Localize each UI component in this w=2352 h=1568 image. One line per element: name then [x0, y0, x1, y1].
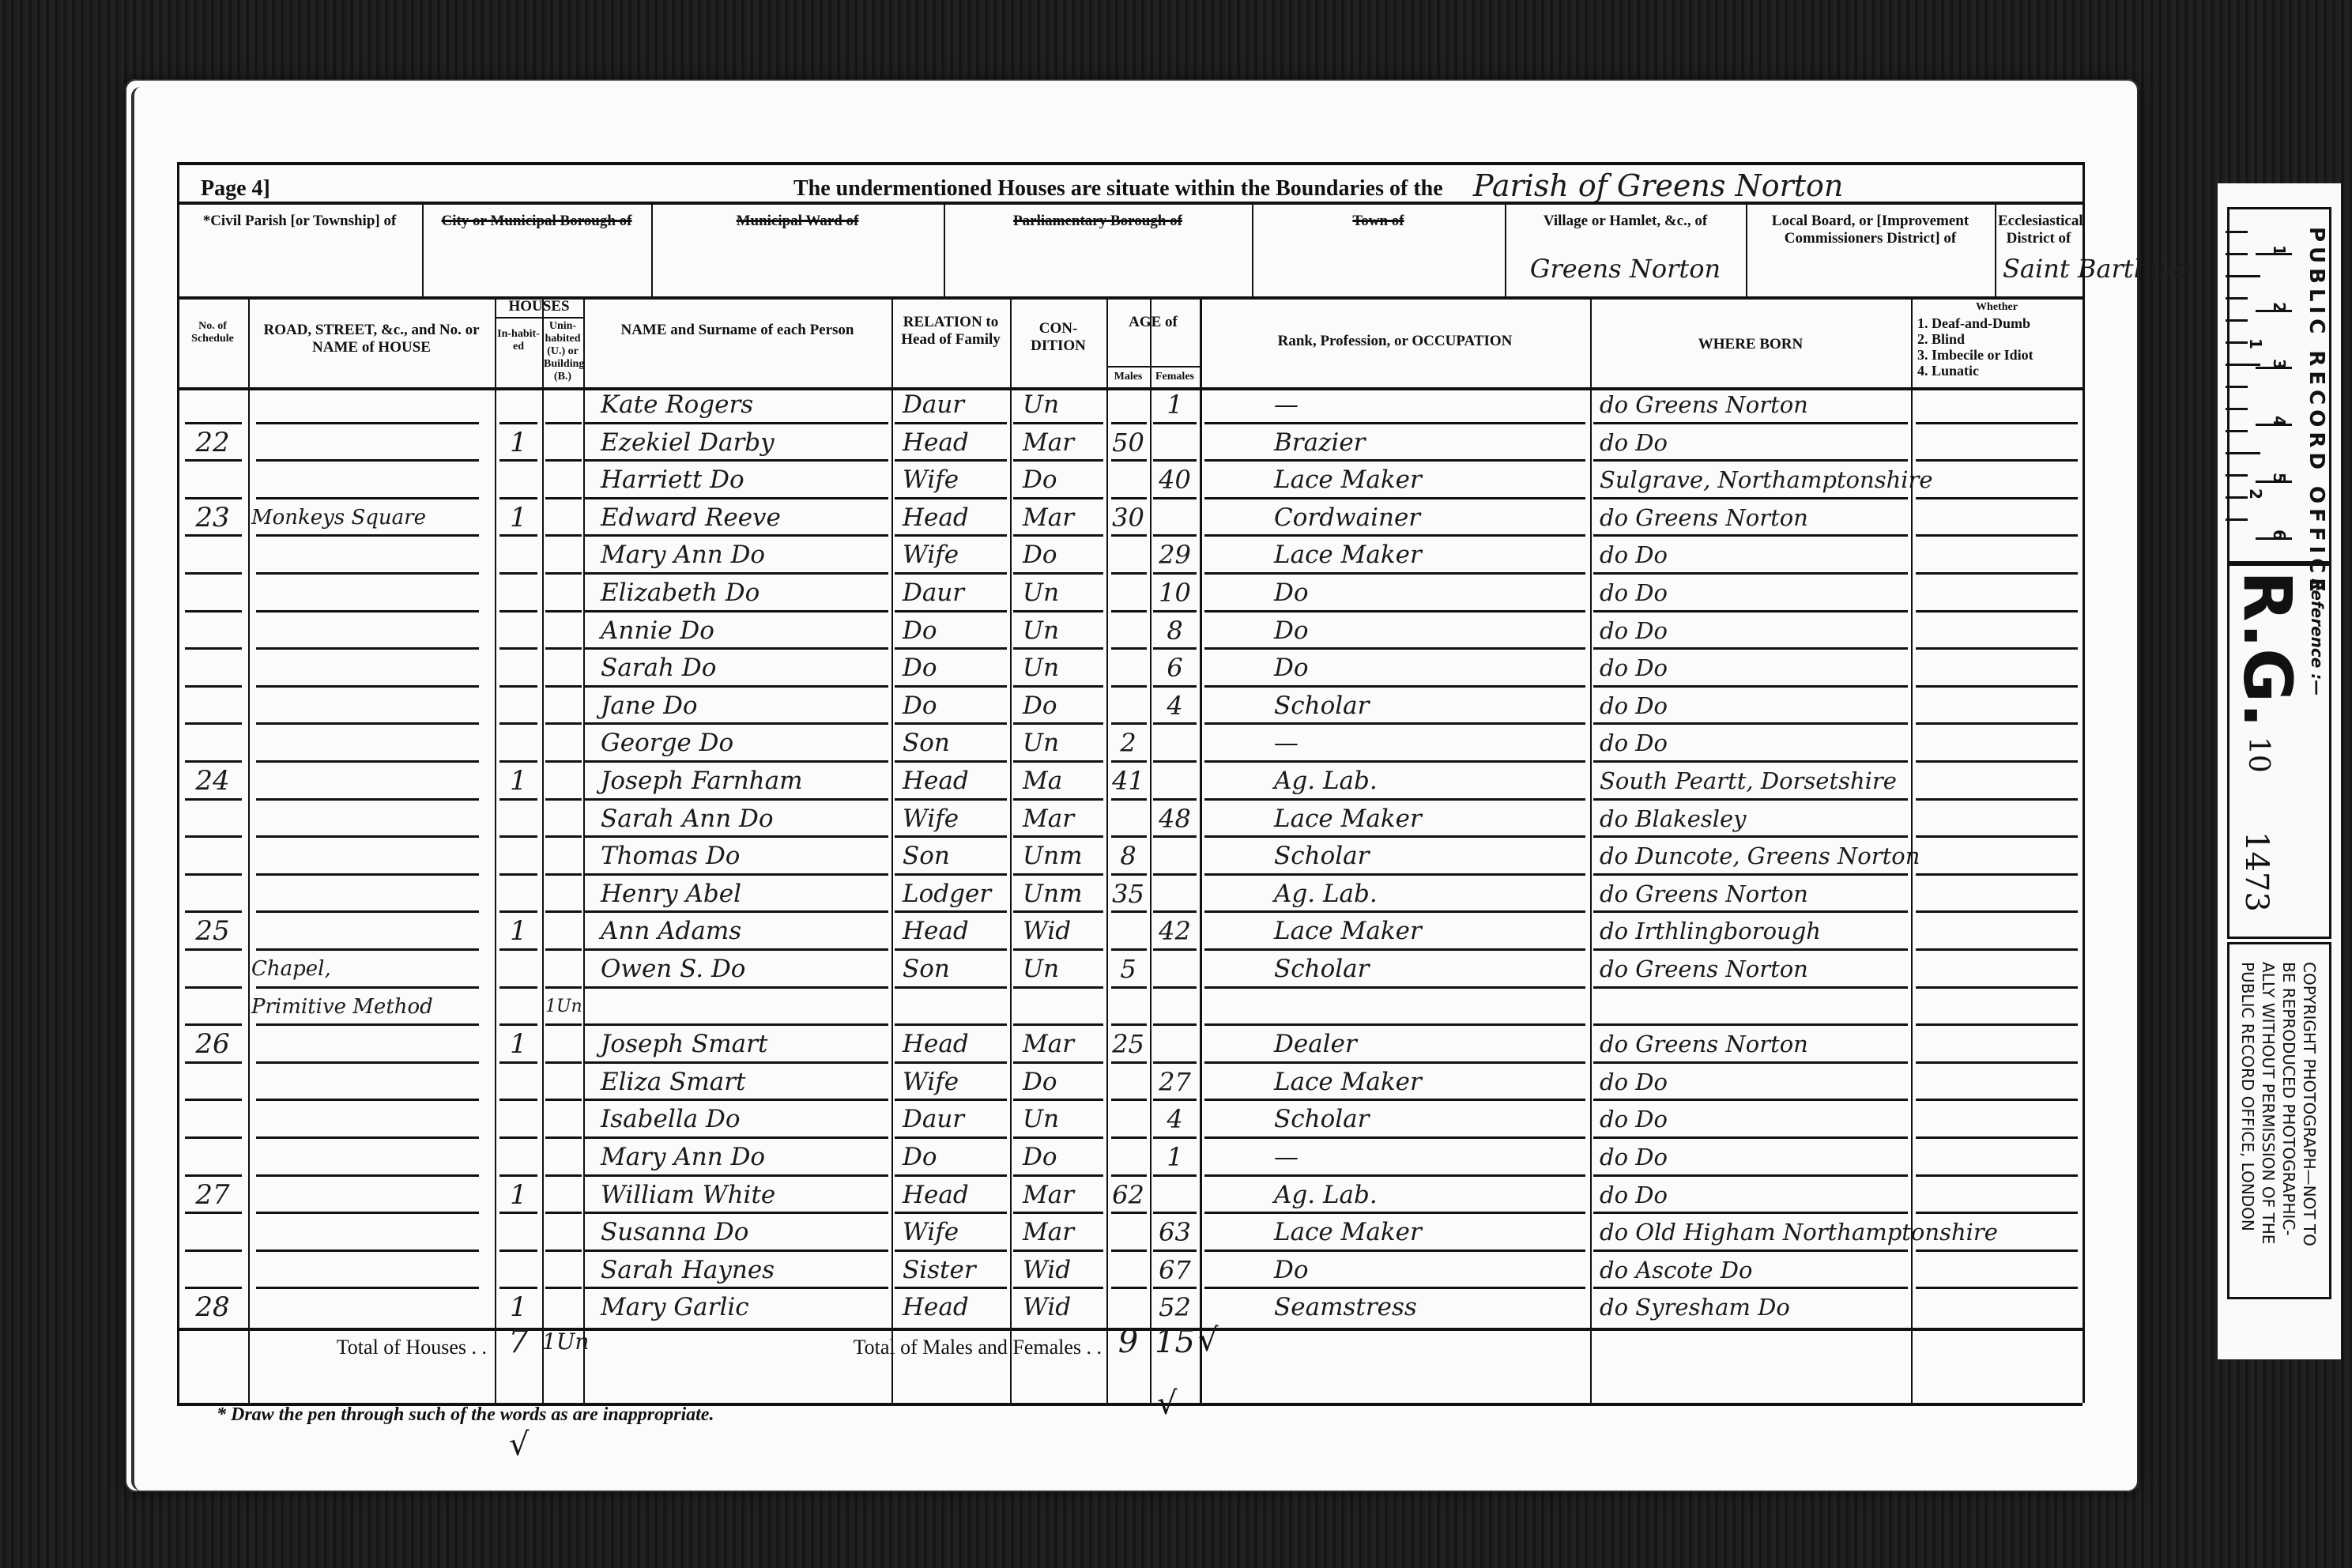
inhabited-count	[498, 537, 539, 575]
row-rule	[1013, 1061, 1103, 1064]
rule-line	[177, 387, 2082, 390]
inch-label: 2	[2246, 488, 2265, 499]
row-rule	[256, 986, 479, 989]
person-name: Sarah Haynes	[586, 1253, 903, 1290]
row-rule	[1111, 1136, 1147, 1139]
inhabited-count: 1	[498, 763, 539, 801]
row-rule	[256, 948, 479, 951]
row-rule	[1916, 1287, 2078, 1289]
row-rule	[1916, 1061, 2078, 1064]
marital-condition: Un	[1013, 575, 1113, 612]
female-age	[1153, 425, 1197, 462]
row-rule	[256, 685, 479, 688]
male-age	[1110, 688, 1147, 726]
row-rule	[1204, 760, 1585, 763]
row-rule	[1204, 1061, 1585, 1064]
row-rule	[895, 948, 1007, 951]
row-rule	[1013, 422, 1103, 424]
road-name	[251, 462, 492, 499]
person-name: Ezekiel Darby	[586, 425, 903, 462]
row-rule	[895, 1174, 1007, 1177]
inhabited-count: 1	[498, 425, 539, 462]
row-rule	[585, 685, 888, 688]
row-rule	[1153, 1212, 1197, 1214]
row-rule	[256, 910, 479, 913]
row-rule	[1153, 459, 1197, 462]
inhabited-count	[498, 613, 539, 650]
female-age: 6	[1153, 650, 1197, 688]
row-rule	[185, 572, 242, 575]
relation-to-head: Wife	[895, 801, 1015, 839]
infirmity	[1914, 688, 2079, 726]
marital-condition: Do	[1013, 688, 1113, 726]
row-rule	[256, 647, 479, 650]
uninhabited-count: 1Un	[545, 989, 580, 1027]
person-name	[586, 989, 903, 1027]
relation-to-head: Sister	[895, 1253, 1015, 1290]
row-rule	[1111, 685, 1147, 688]
birthplace: do Greens Norton	[1593, 1027, 1914, 1064]
male-age	[1110, 801, 1147, 839]
female-age	[1153, 876, 1197, 914]
row-rule	[256, 572, 479, 575]
person-name: Harriett Do	[586, 462, 903, 499]
row-rule	[895, 873, 1007, 876]
marital-condition: Mar	[1013, 1178, 1113, 1215]
row-rule	[499, 497, 537, 499]
female-age: 8	[1153, 613, 1197, 650]
person-name: Sarah Do	[586, 650, 903, 688]
female-age: 67	[1153, 1253, 1197, 1290]
ruler-tick	[2226, 253, 2248, 255]
row-rule	[1013, 572, 1103, 575]
birthplace: do Do	[1593, 425, 1914, 462]
table-row: Isabella DoDaurUn4Scholardo Do	[177, 1102, 2082, 1140]
row-rule	[1153, 1174, 1197, 1177]
table-row: Mary Ann DoDoDo1—do Do	[177, 1140, 2082, 1178]
row-rule	[1013, 1287, 1103, 1289]
row-rule	[185, 497, 242, 499]
uninhabited-count	[545, 876, 580, 914]
cm-label: 3	[2270, 359, 2289, 370]
marital-condition: Unm	[1013, 839, 1113, 876]
infirmity	[1914, 914, 2079, 951]
road-name: Primitive Method	[251, 989, 492, 1027]
cm-label: 5	[2270, 473, 2289, 484]
page-number: Page 4]	[201, 176, 270, 202]
row-rule	[1916, 948, 2078, 951]
row-rule	[256, 1023, 479, 1026]
person-name: Sarah Ann Do	[586, 801, 903, 839]
copyright-line: PUBLIC RECORD OFFICE, LONDON	[2238, 962, 2257, 1231]
male-age: 8	[1110, 839, 1147, 876]
row-rule	[1013, 948, 1103, 951]
birthplace: do Do	[1593, 575, 1914, 612]
ruler-tick	[2226, 231, 2248, 233]
marital-condition: Do	[1013, 1065, 1113, 1102]
infirmity	[1914, 425, 2079, 462]
row-rule	[499, 1212, 537, 1214]
row-rule	[185, 873, 242, 876]
row-rule	[1593, 610, 1908, 612]
row-rule	[499, 986, 537, 989]
row-rule	[1916, 1174, 2078, 1177]
marital-condition: Mar	[1013, 500, 1113, 537]
row-rule	[1013, 798, 1103, 801]
column-rule	[1995, 202, 1996, 296]
schedule-number	[180, 1102, 245, 1139]
row-rule	[585, 835, 888, 838]
header-males: Males	[1108, 371, 1148, 383]
table-row: Eliza SmartWifeDo27Lace Makerdo Do	[177, 1065, 2082, 1102]
row-rule	[585, 1136, 888, 1139]
marital-condition: Do	[1013, 537, 1113, 575]
male-age: 41	[1110, 763, 1147, 801]
row-rule	[1153, 1099, 1197, 1101]
row-rule	[1013, 835, 1103, 838]
row-rule	[256, 422, 479, 424]
reference-label: Reference :—	[2308, 579, 2327, 695]
male-age	[1110, 989, 1147, 1027]
area-header-label: City or Municipal Borough of	[425, 213, 648, 230]
row-rule	[256, 1136, 479, 1139]
area-header-label: Local Board, or [Improvement Commissione…	[1749, 213, 1992, 247]
person-name: Mary Garlic	[586, 1290, 903, 1327]
road-name	[251, 1215, 492, 1252]
copyright-line: BE REPRODUCED PHOTOGRAPHIC-	[2279, 962, 2298, 1236]
birthplace: do Do	[1593, 1140, 1914, 1177]
schedule-number	[180, 650, 245, 688]
infirmity	[1914, 1065, 2079, 1102]
female-age	[1153, 1178, 1197, 1215]
column-rule	[495, 296, 496, 1403]
birthplace: South Peartt, Dorsetshire	[1593, 763, 1914, 801]
row-rule	[256, 459, 479, 462]
row-rule	[1111, 497, 1147, 499]
total-houses-label: Total of Houses . .	[177, 1336, 487, 1359]
row-rule	[1111, 610, 1147, 612]
road-name	[251, 801, 492, 839]
birthplace: do Greens Norton	[1593, 952, 1914, 989]
uninhabited-count	[545, 387, 580, 424]
column-rule	[1590, 296, 1592, 1403]
header-infirmity-option: 3. Imbecile or Idiot	[1917, 347, 2033, 364]
table-row: Kate RogersDaurUn1—do Greens Norton	[177, 387, 2082, 425]
row-rule	[1916, 1136, 2078, 1139]
inhabited-count	[498, 1215, 539, 1252]
total-houses-inhabited: 7	[495, 1324, 542, 1360]
row-rule	[1153, 610, 1197, 612]
row-rule	[1111, 459, 1147, 462]
row-rule	[895, 459, 1007, 462]
marital-condition	[1013, 989, 1113, 1027]
row-rule	[1111, 1212, 1147, 1214]
road-name	[251, 650, 492, 688]
row-rule	[256, 1249, 479, 1252]
header-houses: HOUSES	[495, 298, 583, 315]
road-name: Monkeys Square	[251, 500, 492, 537]
row-rule	[1153, 1287, 1197, 1289]
header-road: ROAD, STREET, &c., and No. or NAME of HO…	[250, 322, 493, 356]
row-rule	[1111, 572, 1147, 575]
person-name: Edward Reeve	[586, 500, 903, 537]
column-rule	[1911, 296, 1913, 1403]
female-age: 63	[1153, 1215, 1197, 1252]
relation-to-head: Daur	[895, 387, 1015, 424]
row-rule	[585, 459, 888, 462]
row-rule	[499, 1249, 537, 1252]
row-rule	[1593, 1174, 1908, 1177]
uninhabited-count	[545, 1102, 580, 1139]
person-name: Jane Do	[586, 688, 903, 726]
row-rule	[585, 1023, 888, 1026]
schedule-number	[180, 989, 245, 1027]
road-name	[251, 876, 492, 914]
column-rule	[1505, 202, 1506, 296]
male-age	[1110, 1065, 1147, 1102]
male-age	[1110, 575, 1147, 612]
schedule-number	[180, 726, 245, 763]
row-rule	[1593, 534, 1908, 537]
area-header-label: Ecclesiastical District of	[1998, 213, 2079, 247]
row-rule	[1916, 1212, 2078, 1214]
row-rule	[1204, 497, 1585, 499]
uninhabited-count	[545, 1027, 580, 1064]
person-name: Annie Do	[586, 613, 903, 650]
birthplace: do Do	[1593, 613, 1914, 650]
male-age: 35	[1110, 876, 1147, 914]
row-rule	[585, 1099, 888, 1101]
schedule-number	[180, 801, 245, 839]
header-relation: RELATION to Head of Family	[893, 314, 1008, 349]
row-rule	[895, 1061, 1007, 1064]
relation-to-head: Son	[895, 839, 1015, 876]
row-rule	[499, 422, 537, 424]
birthplace: do Irthlingborough	[1593, 914, 1914, 951]
male-age: 25	[1110, 1027, 1147, 1064]
birthplace: do Ascote Do	[1593, 1253, 1914, 1290]
row-rule	[1013, 685, 1103, 688]
row-rule	[1111, 1099, 1147, 1101]
row-rule	[1153, 422, 1197, 424]
row-rule	[1916, 760, 2078, 763]
ruler-tick	[2226, 319, 2248, 322]
relation-to-head: Head	[895, 763, 1015, 801]
row-rule	[545, 497, 582, 499]
rule-line	[177, 162, 2082, 165]
person-name: Joseph Farnham	[586, 763, 903, 801]
row-rule	[185, 986, 242, 989]
marital-condition: Wid	[1013, 1290, 1113, 1327]
row-rule	[545, 835, 582, 838]
schedule-number: 24	[180, 763, 245, 801]
header-where-born: WHERE BORN	[1592, 336, 1909, 353]
row-rule	[895, 534, 1007, 537]
row-rule	[1593, 722, 1908, 725]
reference-code: R.G.	[2229, 571, 2306, 728]
female-age: 1	[1153, 1140, 1197, 1177]
person-name: William White	[586, 1178, 903, 1215]
row-rule	[1111, 1023, 1147, 1026]
row-rule	[1916, 873, 2078, 876]
row-rule	[499, 685, 537, 688]
inhabited-count	[498, 387, 539, 424]
table-row: Susanna DoWifeMar63Lace Makerdo Old High…	[177, 1215, 2082, 1253]
row-rule	[1916, 685, 2078, 688]
birthplace: Sulgrave, Northamptonshire	[1593, 462, 1914, 499]
inhabited-count: 1	[498, 1178, 539, 1215]
row-rule	[1153, 722, 1197, 725]
inhabited-count: 1	[498, 1290, 539, 1327]
row-rule	[545, 1061, 582, 1064]
row-rule	[545, 1023, 582, 1026]
marital-condition: Un	[1013, 650, 1113, 688]
row-rule	[1593, 760, 1908, 763]
area-header-label: Municipal Ward of	[654, 213, 940, 230]
row-rule	[1204, 1212, 1585, 1214]
road-name	[251, 537, 492, 575]
row-rule	[499, 835, 537, 838]
row-rule	[1111, 986, 1147, 989]
schedule-number: 28	[180, 1290, 245, 1327]
row-rule	[545, 948, 582, 951]
infirmity	[1914, 387, 2079, 424]
row-rule	[1204, 1249, 1585, 1252]
table-row: Sarah Ann DoWifeMar48Lace Makerdo Blakes…	[177, 801, 2082, 839]
male-age	[1110, 1253, 1147, 1290]
uninhabited-count	[545, 1065, 580, 1102]
row-rule	[1204, 534, 1585, 537]
infirmity	[1914, 839, 2079, 876]
column-rule	[248, 296, 250, 1403]
total-females: 15	[1150, 1324, 1200, 1360]
header-infirmity-option: 4. Lunatic	[1917, 363, 1979, 379]
row-rule	[545, 610, 582, 612]
row-rule	[545, 1287, 582, 1289]
row-rule	[895, 798, 1007, 801]
male-age	[1110, 914, 1147, 951]
row-rule	[1153, 986, 1197, 989]
schedule-number: 26	[180, 1027, 245, 1064]
male-age: 5	[1110, 952, 1147, 989]
row-rule	[585, 1287, 888, 1289]
uninhabited-count	[545, 914, 580, 951]
row-rule	[545, 685, 582, 688]
table-row: Chapel,Owen S. DoSonUn5Scholardo Greens …	[177, 952, 2082, 989]
row-rule	[545, 722, 582, 725]
row-rule	[545, 873, 582, 876]
rule-line	[495, 317, 583, 318]
schedule-number	[180, 1253, 245, 1290]
infirmity	[1914, 1027, 2079, 1064]
birthplace: do Greens Norton	[1593, 876, 1914, 914]
row-rule	[895, 1212, 1007, 1214]
person-name: Isabella Do	[586, 1102, 903, 1139]
uninhabited-count	[545, 462, 580, 499]
row-rule	[1916, 647, 2078, 650]
row-rule	[256, 1212, 479, 1214]
birthplace: do Do	[1593, 1065, 1914, 1102]
schedule-number	[180, 1065, 245, 1102]
row-rule	[185, 1099, 242, 1101]
row-rule	[1153, 497, 1197, 499]
row-rule	[185, 459, 242, 462]
infirmity	[1914, 1178, 2079, 1215]
inhabited-count	[498, 801, 539, 839]
marital-condition: Wid	[1013, 1253, 1113, 1290]
row-rule	[1111, 1061, 1147, 1064]
row-rule	[1153, 1249, 1197, 1252]
row-rule	[499, 647, 537, 650]
row-rule	[185, 948, 242, 951]
road-name	[251, 914, 492, 951]
relation-to-head: Head	[895, 914, 1015, 951]
schedule-number	[180, 537, 245, 575]
row-rule	[185, 835, 242, 838]
row-rule	[1204, 685, 1585, 688]
row-rule	[1204, 798, 1585, 801]
person-name: Ann Adams	[586, 914, 903, 951]
footnote: * Draw the pen through such of the words…	[217, 1404, 714, 1426]
row-rule	[499, 1099, 537, 1101]
birthplace: do Do	[1593, 1102, 1914, 1139]
row-rule	[585, 948, 888, 951]
row-rule	[1013, 1023, 1103, 1026]
row-rule	[545, 1249, 582, 1252]
birthplace: do Duncote, Greens Norton	[1593, 839, 1914, 876]
row-rule	[1153, 873, 1197, 876]
infirmity	[1914, 1215, 2079, 1252]
ruler-tick	[2226, 408, 2248, 410]
row-rule	[1916, 534, 2078, 537]
row-rule	[1593, 459, 1908, 462]
person-name: George Do	[586, 726, 903, 763]
marital-condition: Do	[1013, 462, 1113, 499]
column-rule	[651, 202, 653, 296]
relation-to-head: Do	[895, 688, 1015, 726]
inhabited-count: 1	[498, 500, 539, 537]
row-rule	[256, 1174, 479, 1177]
row-rule	[585, 534, 888, 537]
footnote-check-2: √	[1157, 1385, 1178, 1422]
row-rule	[1593, 1099, 1908, 1101]
female-age: 1	[1153, 387, 1197, 424]
rule-line	[177, 296, 2082, 300]
row-rule	[499, 1174, 537, 1177]
header-infirmity-title: Whether	[1914, 301, 2079, 314]
female-age	[1153, 1027, 1197, 1064]
male-age: 30	[1110, 500, 1147, 537]
row-rule	[256, 534, 479, 537]
row-rule	[1153, 835, 1197, 838]
schedule-number	[180, 1140, 245, 1177]
row-rule	[499, 798, 537, 801]
female-age	[1153, 989, 1197, 1027]
infirmity	[1914, 650, 2079, 688]
row-rule	[585, 910, 888, 913]
row-rule	[585, 497, 888, 499]
uninhabited-count	[545, 1215, 580, 1252]
row-rule	[1013, 722, 1103, 725]
uninhabited-count	[545, 425, 580, 462]
birthplace: do Old Higham Northamptonshire	[1593, 1215, 1914, 1252]
female-age	[1153, 726, 1197, 763]
uninhabited-count	[545, 688, 580, 726]
row-rule	[545, 910, 582, 913]
row-rule	[499, 873, 537, 876]
row-rule	[1593, 497, 1908, 499]
row-rule	[185, 1212, 242, 1214]
